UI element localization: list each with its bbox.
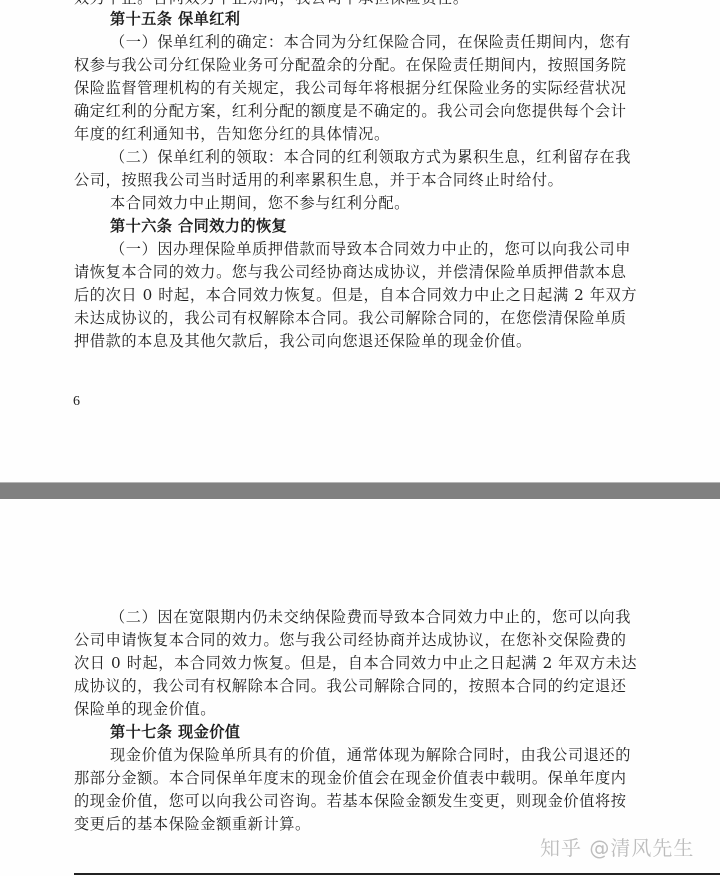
paragraph-line: 公司，按照我公司当时适用的利率累积生息，并于本合同终止时给付。	[74, 169, 720, 191]
paragraph-line: （二）因在宽限期内仍未交纳保险费而导致本合同效力中止的，您可以向我	[110, 606, 720, 628]
paragraph-line: 确定红利的分配方案，红利分配的额度是不确定的。我公司会向您提供每个会计	[74, 100, 720, 122]
paragraph-line: 公司申请恢复本合同的效力。您与我公司经协商并达成协议，在您补交保险费的	[74, 629, 720, 651]
paragraph-line: 的现金价值，您可以向我公司咨询。若基本保险金额发生变更，则现金价值将按	[74, 790, 720, 812]
watermark: 知乎 @清风先生	[540, 832, 694, 861]
paragraph-line: （一）因办理保险单质押借款而导致本合同效力中止的，您可以向我公司申	[110, 238, 720, 260]
paragraph-line: 年度的红利通知书，告知您分红的具体情况。	[74, 123, 720, 145]
paragraph-line: 后的次日 0 时起，本合同效力恢复。但是，自本合同效力中止之日起满 2 年双方	[74, 284, 720, 306]
paragraph-line: 保险单的现金价值。	[74, 698, 720, 720]
paragraph-line: 成协议的，我公司有权解除本合同。我公司解除合同的，按照本合同的约定退还	[74, 675, 720, 697]
paragraph-line: 现金价值为保险单所具有的价值，通常体现为解除合同时，由我公司退还的	[110, 744, 720, 766]
paragraph-line: 本合同效力中止期间，您不参与红利分配。	[110, 192, 720, 214]
paragraph-line: 次日 0 时起，本合同效力恢复。但是，自本合同效力中止之日起满 2 年双方未达	[74, 652, 720, 674]
paragraph-line: 权参与我公司分红保险业务可分配盈余的分配。在保险责任期间内，按照国务院	[74, 54, 720, 76]
paragraph-line: （一）保单红利的确定：本合同为分红保险合同，在保险责任期间内，您有	[110, 31, 720, 53]
page-number: 6	[73, 394, 80, 410]
document-page-bottom: （二）因在宽限期内仍未交纳保险费而导致本合同效力中止的，您可以向我 公司申请恢复…	[0, 499, 720, 876]
paragraph-line: （二）保单红利的领取：本合同的红利领取方式为累积生息，红利留存在我	[110, 146, 720, 168]
paragraph-line: 押借款的本息及其他欠款后，我公司向您退还保险单的现金价值。	[74, 330, 720, 352]
document-page-top: 效力中止。合同效力中止期间，我公司不承担保险责任。 第十五条 保单红利 （一）保…	[0, 0, 720, 482]
article-16-heading: 第十六条 合同效力的恢复	[110, 215, 720, 237]
footer-rule	[74, 873, 720, 875]
paragraph-line: 那部分金额。本合同保单年度末的现金价值会在现金价值表中载明。保单年度内	[74, 767, 720, 789]
paragraph-line: 保险监督管理机构的有关规定，我公司每年将根据分红保险业务的实际经营状况	[74, 77, 720, 99]
article-15-heading: 第十五条 保单红利	[110, 8, 720, 30]
paragraph-line: 请恢复本合同的效力。您与我公司经协商达成协议，并偿清保险单质押借款本息	[74, 261, 720, 283]
article-17-heading: 第十七条 现金价值	[110, 721, 720, 743]
page-separator	[0, 482, 720, 499]
paragraph-line: 未达成协议的，我公司有权解除本合同。我公司解除合同的，在您偿清保险单质	[74, 307, 720, 329]
